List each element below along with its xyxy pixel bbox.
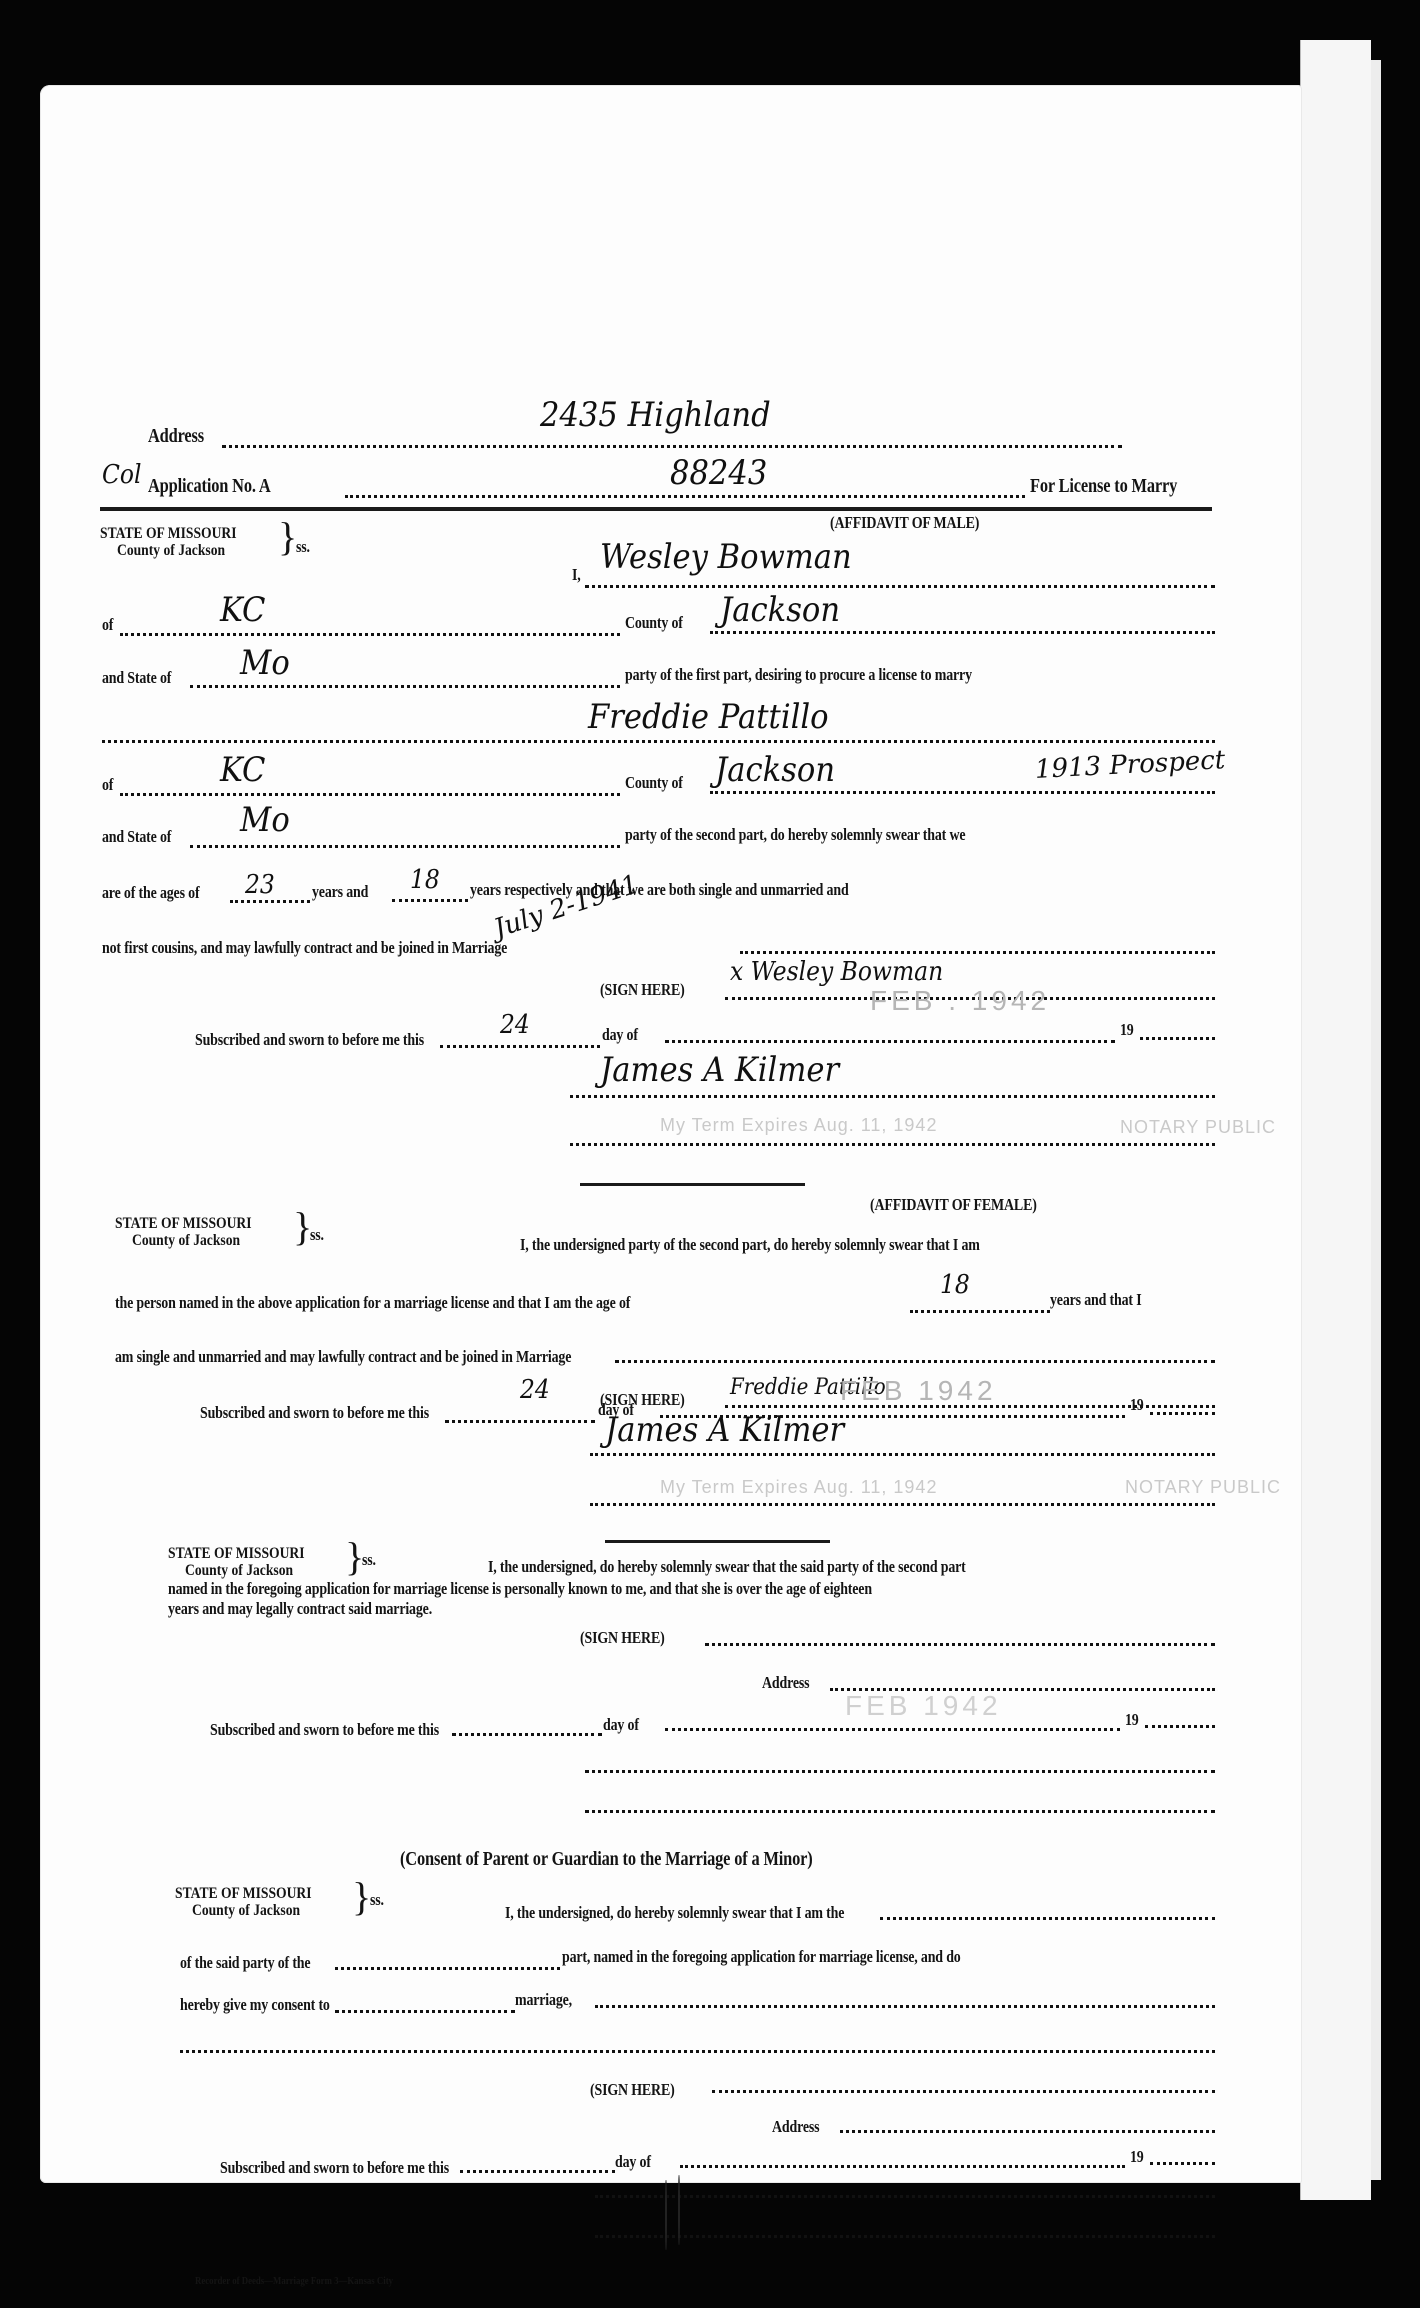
address-label: Address xyxy=(762,1673,809,1693)
cousins-text: not first cousins, and may lawfully cont… xyxy=(102,938,507,958)
bride-address-note: 1913 Prospect xyxy=(1034,745,1226,785)
subscribed-label: Subscribed and sworn to before me this xyxy=(195,1030,424,1050)
form-footer: Recorder of Deeds—Marriage Form 3—Kansas… xyxy=(195,2275,393,2287)
second-part-text: party of the second part, do hereby sole… xyxy=(625,825,965,845)
state-line: STATE OF MISSOURI xyxy=(175,1885,312,1902)
i-label: I, xyxy=(572,565,581,585)
consent-line3-start: hereby give my consent to xyxy=(180,1995,330,2015)
of-label: of xyxy=(102,615,113,635)
notary-signature: James A Kilmer xyxy=(600,1050,839,1090)
year-line xyxy=(1145,1725,1215,1728)
consent-line3-mid: marriage, xyxy=(515,1990,572,2010)
notary-line xyxy=(570,1095,1215,1098)
venue-block: STATE OF MISSOURI County of Jackson xyxy=(115,1215,252,1249)
address-value: 2435 Highland xyxy=(540,395,771,435)
county-line: County of Jackson xyxy=(100,542,237,559)
marriage-license-form: Address 2435 Highland Col Application No… xyxy=(40,85,1302,2183)
sign-label: (SIGN HERE) xyxy=(600,980,685,1000)
female-age: 18 xyxy=(940,1270,970,1300)
day-line xyxy=(440,1045,600,1048)
year-prefix: 19 xyxy=(1120,1020,1134,1040)
day-line xyxy=(445,1420,595,1423)
witness-notary-line xyxy=(585,1770,1215,1773)
consent-notary-stamp-line xyxy=(595,2235,1215,2238)
day-value: 24 xyxy=(500,1010,530,1040)
pencil-mark xyxy=(665,2180,667,2250)
witness-sign-line xyxy=(705,1643,1215,1646)
state-line-field xyxy=(190,685,620,688)
bride-name: Freddie Pattillo xyxy=(588,697,829,737)
state-line: STATE OF MISSOURI xyxy=(115,1215,252,1232)
year-prefix: 19 xyxy=(1130,1395,1144,1415)
year-line xyxy=(1150,2162,1215,2165)
back-sheet xyxy=(1300,40,1371,2200)
female-line1: I, the undersigned party of the second p… xyxy=(520,1235,980,1255)
male-name: Wesley Bowman xyxy=(600,537,852,577)
notary-stamp: NOTARY PUBLIC xyxy=(1120,1117,1276,1138)
notary-signature: James A Kilmer xyxy=(605,1410,844,1450)
year-prefix: 19 xyxy=(1125,1710,1139,1730)
witness-line2: named in the foregoing application for m… xyxy=(168,1579,872,1599)
month-line xyxy=(680,2165,1125,2168)
witness-notary-stamp-line xyxy=(585,1810,1215,1813)
relationship-line xyxy=(880,1917,1215,1920)
of-label: of xyxy=(102,775,113,795)
application-line xyxy=(345,495,1025,498)
section-rule xyxy=(605,1540,830,1543)
sign-label: (SIGN HERE) xyxy=(580,1628,665,1648)
state-line: STATE OF MISSOURI xyxy=(100,525,237,542)
brace: } xyxy=(352,1877,371,1917)
commission-stamp: My Term Expires Aug. 11, 1942 xyxy=(660,1115,937,1136)
bride-city-line xyxy=(120,793,620,796)
date-stamp: FEB . 1942 xyxy=(870,985,1050,1017)
party-line xyxy=(335,1967,560,1970)
notary-line xyxy=(590,1453,1215,1456)
subscribed-label: Subscribed and sworn to before me this xyxy=(210,1720,439,1740)
first-part-text: party of the first part, desiring to pro… xyxy=(625,665,972,685)
ages-label: are of the ages of xyxy=(102,883,199,903)
day-line xyxy=(452,1733,602,1736)
section-rule xyxy=(580,1183,805,1186)
city-line xyxy=(120,633,620,636)
address-label: Address xyxy=(148,425,204,448)
pencil-mark xyxy=(678,2175,680,2245)
day-of-label: day of xyxy=(603,1715,639,1735)
ss-label: ss. xyxy=(362,1550,376,1570)
date-stamp: FEB 1942 xyxy=(840,1375,997,1407)
application-number: 88243 xyxy=(670,453,767,493)
consent-notary-line xyxy=(595,2195,1215,2198)
consent-name-line xyxy=(335,2010,515,2013)
consent-blank-line xyxy=(180,2050,1215,2053)
witness-line3: years and may legally contract said marr… xyxy=(168,1599,432,1619)
address-line xyxy=(222,445,1122,448)
bride-state: Mo xyxy=(240,800,290,840)
male-state: Mo xyxy=(240,643,290,683)
notary-stamp-line xyxy=(590,1503,1215,1506)
witness-line1: I, the undersigned, do hereby solemnly s… xyxy=(488,1557,966,1577)
header-rule xyxy=(100,507,1212,511)
county-line: County of Jackson xyxy=(175,1902,312,1919)
day-line xyxy=(460,2170,615,2173)
consent-heading: (Consent of Parent or Guardian to the Ma… xyxy=(400,1848,813,1871)
state-label: and State of xyxy=(102,827,171,847)
male-county: Jackson xyxy=(720,590,840,630)
county-line: County of Jackson xyxy=(115,1232,252,1249)
years-and-label: years and xyxy=(312,882,368,902)
consent-sign-line xyxy=(712,2090,1215,2093)
month-line xyxy=(665,1040,1115,1043)
respectively-text: years respectively and that we are both … xyxy=(470,880,849,900)
consent-address-line xyxy=(840,2130,1215,2133)
day-of-label: day of xyxy=(602,1025,638,1045)
female-age-line xyxy=(910,1310,1050,1313)
notary-stamp: NOTARY PUBLIC xyxy=(1125,1477,1281,1498)
female-line3: am single and unmarried and may lawfully… xyxy=(115,1347,571,1367)
ss-label: ss. xyxy=(310,1225,324,1245)
application-label: Application No. A xyxy=(148,475,271,498)
year-line xyxy=(1150,1412,1215,1415)
consent-line3-dots xyxy=(595,2005,1215,2008)
consent-line1: I, the undersigned, do hereby solemnly s… xyxy=(505,1903,844,1923)
cousins-line xyxy=(740,951,1215,954)
bride-county: Jackson xyxy=(715,750,835,790)
brace: } xyxy=(278,517,297,557)
age-male-line xyxy=(230,900,310,903)
bride-name-line xyxy=(102,740,1215,743)
county-label: County of xyxy=(625,773,683,793)
bride-state-line xyxy=(190,845,620,848)
address-label: Address xyxy=(772,2117,819,2137)
male-signature: x Wesley Bowman xyxy=(730,957,943,987)
county-label: County of xyxy=(625,613,683,633)
day-of-label: day of xyxy=(615,2152,651,2172)
month-line xyxy=(665,1728,1120,1731)
name-line xyxy=(585,585,1215,588)
male-city: KC xyxy=(220,590,265,630)
subscribed-label: Subscribed and sworn to before me this xyxy=(200,1403,429,1423)
age-female: 18 xyxy=(410,865,440,895)
consent-line2-end: part, named in the foregoing application… xyxy=(562,1947,961,1967)
notary-stamp-line xyxy=(570,1143,1215,1146)
subscribed-label: Subscribed and sworn to before me this xyxy=(220,2158,449,2178)
day-value: 24 xyxy=(520,1375,550,1405)
county-line: County of Jackson xyxy=(168,1562,305,1579)
age-male: 23 xyxy=(245,870,275,900)
prefix-mark: Col xyxy=(102,460,141,490)
year-line xyxy=(1140,1037,1215,1040)
male-heading: (AFFIDAVIT OF MALE) xyxy=(830,513,979,533)
county-line-field xyxy=(710,631,1215,634)
bride-county-line xyxy=(710,791,1215,794)
female-line2-start: the person named in the above applicatio… xyxy=(115,1293,630,1313)
license-label: For License to Marry xyxy=(1030,475,1177,498)
state-line: STATE OF MISSOURI xyxy=(168,1545,305,1562)
state-label: and State of xyxy=(102,668,171,688)
female-line2-end: years and that I xyxy=(1050,1290,1141,1310)
female-heading: (AFFIDAVIT OF FEMALE) xyxy=(870,1195,1037,1215)
consent-line2-start: of the said party of the xyxy=(180,1953,310,1973)
date-stamp: FEB 1942 xyxy=(845,1690,1002,1722)
venue-block: STATE OF MISSOURI County of Jackson xyxy=(100,525,237,559)
ss-label: ss. xyxy=(370,1890,384,1910)
sign-label: (SIGN HERE) xyxy=(590,2080,675,2100)
venue-block: STATE OF MISSOURI County of Jackson xyxy=(175,1885,312,1919)
age-female-line xyxy=(392,899,468,902)
ss-label: ss. xyxy=(296,537,310,557)
venue-block: STATE OF MISSOURI County of Jackson xyxy=(168,1545,305,1579)
year-prefix: 19 xyxy=(1130,2147,1144,2167)
bride-city: KC xyxy=(220,750,265,790)
commission-stamp: My Term Expires Aug. 11, 1942 xyxy=(660,1477,937,1498)
